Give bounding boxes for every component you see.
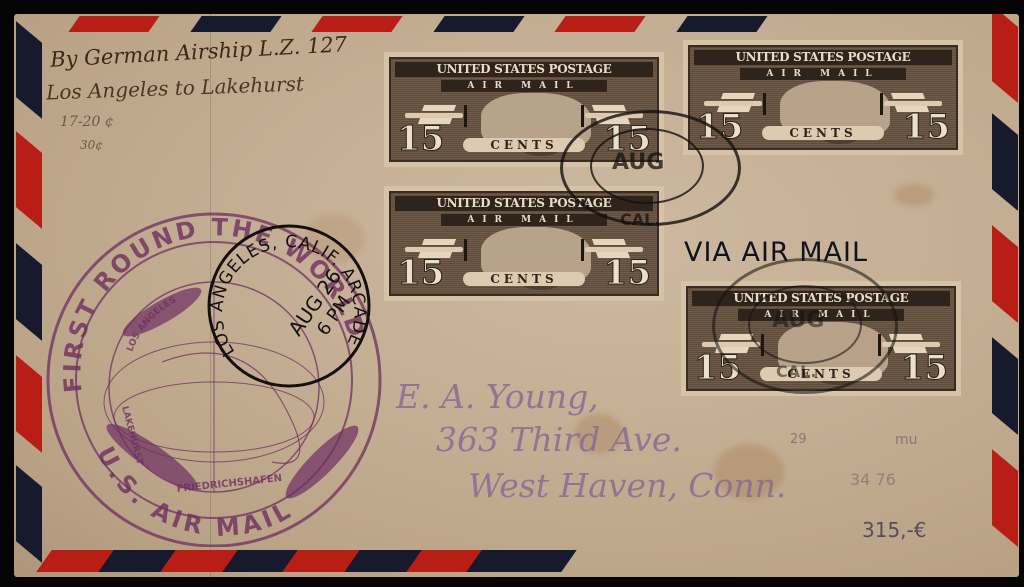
border-stripe-blue: [992, 337, 1018, 435]
age-stain: [894, 184, 934, 206]
cancel-city-text: CAL.: [620, 210, 660, 229]
border-stripe-red: [992, 225, 1018, 323]
border-stripe-red: [16, 355, 42, 453]
svg-text:LOS ANGELES, CALIF. ARCADE STA: LOS ANGELES, CALIF. ARCADE STA.: [205, 222, 369, 360]
stamp-country-label: UNITED STATES POSTAGE: [694, 50, 952, 65]
pencil-price: 315,-€: [862, 518, 926, 542]
border-stripe-blue: [992, 113, 1018, 211]
handwritten-note-amount: 30¢: [80, 138, 103, 152]
stamp-country-label: UNITED STATES POSTAGE: [395, 62, 653, 77]
border-stripe-red: [16, 131, 42, 229]
pencil-note: 29: [790, 432, 807, 447]
border-stripe-blue: [676, 16, 767, 32]
cachet-friedrichshafen-label: FRIEDRICHSHAFEN: [176, 473, 282, 495]
stamp-value: 15: [903, 110, 950, 144]
cancel-date-text: AUG: [772, 308, 824, 333]
recipient-name: E. A. Young,: [396, 377, 599, 416]
border-stripe-red: [992, 449, 1018, 547]
stamp-value: 15: [397, 256, 444, 290]
cancel-date-text: AUG: [612, 150, 664, 175]
stamp-airmail-label: AIR MAIL: [441, 80, 607, 92]
los-angeles-postmark: LOS ANGELES, CALIF. ARCADE STA. AUG 26 6…: [205, 222, 373, 390]
postmark-ring-text: LOS ANGELES, CALIF. ARCADE STA.: [205, 222, 369, 360]
border-stripe-red: [68, 16, 159, 32]
stamp-value: 15: [901, 351, 948, 385]
recipient-city: West Haven, Conn.: [468, 466, 786, 505]
via-air-mail-label: VIA AIR MAIL: [684, 237, 868, 268]
border-stripe-blue: [16, 465, 42, 563]
pencil-note: mu: [895, 432, 918, 448]
border-stripe-blue: [433, 16, 524, 32]
stamp-value: 15: [604, 256, 651, 290]
border-stripe-red: [311, 16, 402, 32]
stamp-cents-label: CENTS: [762, 126, 884, 140]
stamp-cents-label: CENTS: [463, 272, 585, 286]
cancel-city-text: CAL.: [776, 362, 816, 381]
border-stripe-red: [554, 16, 645, 32]
stamp-airmail-label: AIR MAIL: [740, 68, 906, 80]
stamp-airmail-label: AIR MAIL: [441, 214, 607, 226]
border-stripe-red: [992, 14, 1018, 103]
border-stripe-blue: [16, 21, 42, 119]
stamp-value: 15: [397, 122, 444, 156]
pencil-note: 34 76: [850, 470, 896, 489]
border-stripe-blue: [16, 243, 42, 341]
handwritten-note-rate: 17-20 ¢: [60, 114, 114, 130]
border-stripe-blue: [466, 550, 576, 572]
recipient-street: 363 Third Ave.: [436, 420, 682, 459]
border-stripe-blue: [190, 16, 281, 32]
